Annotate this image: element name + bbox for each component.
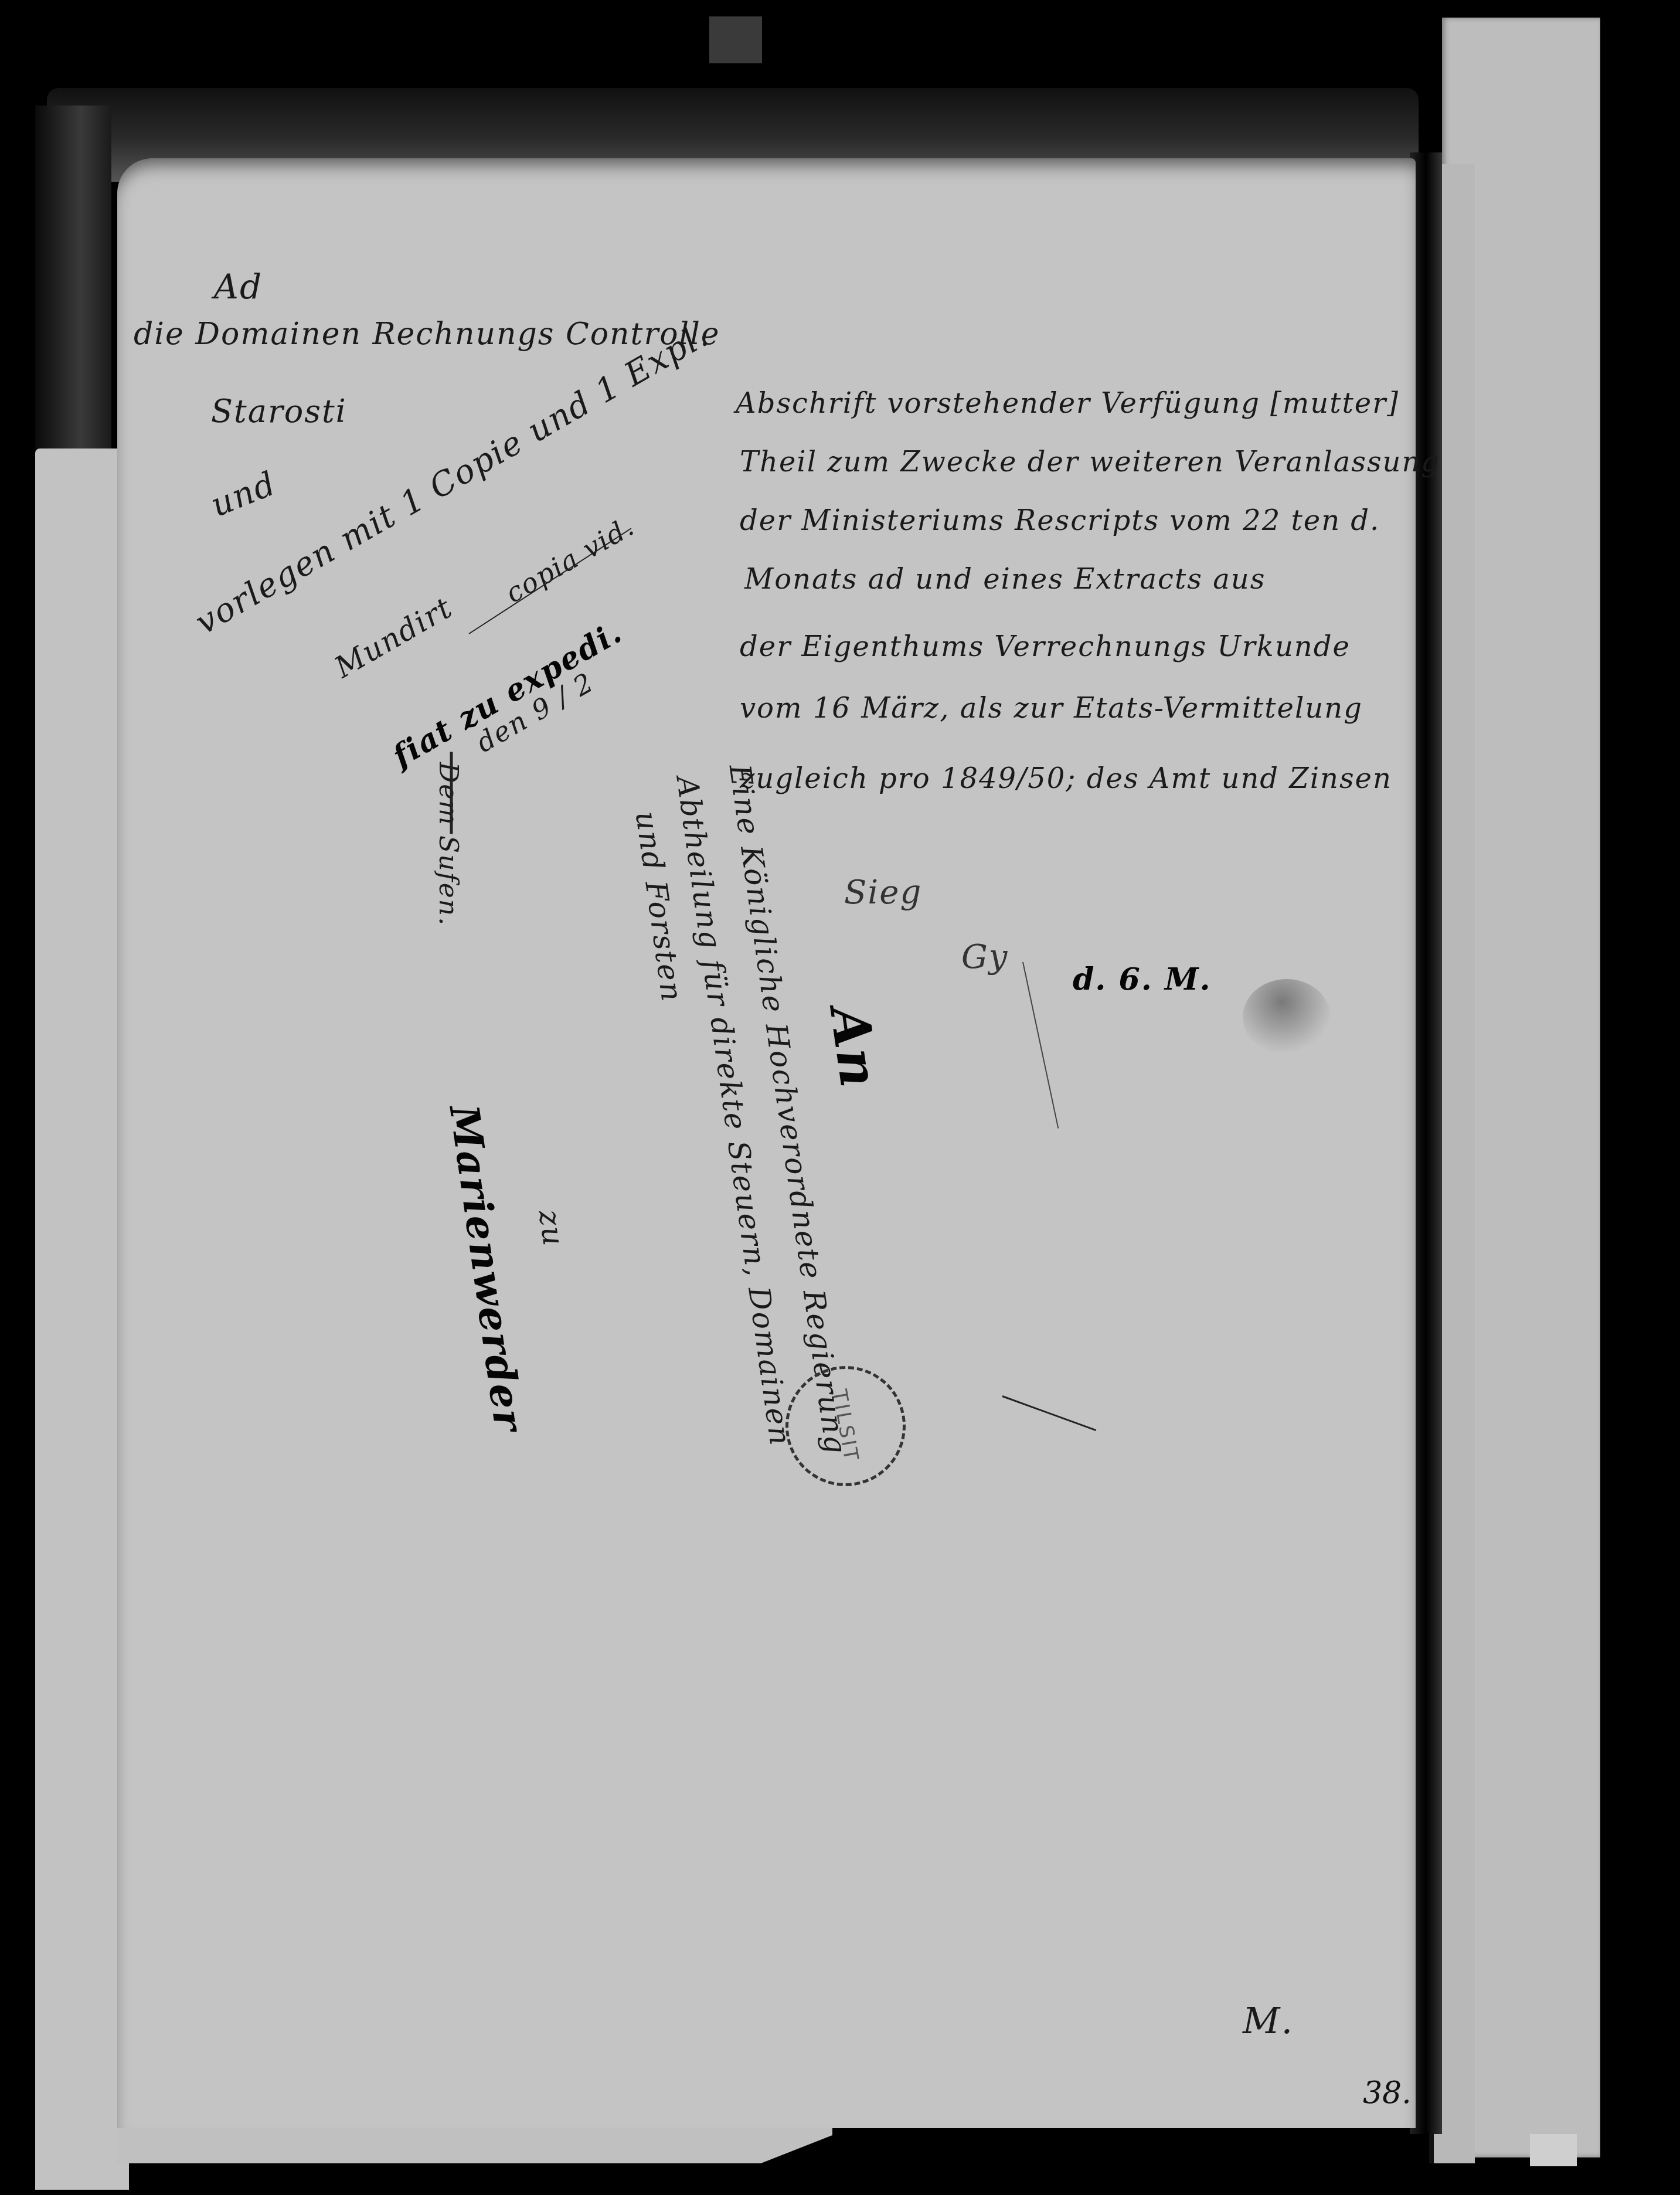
initials-sieg: Sieg [844,874,922,912]
clerk-note: Dem Sufen. [433,762,463,926]
body-line-1: Abschrift vorstehender Verfügung [mutter… [736,387,1399,420]
page-fold-flap [35,448,129,2190]
bottom-initials: M. [1243,1999,1294,2042]
ink-smudge [1243,979,1331,1055]
body-line-2: Theil zum Zwecke der weiteren Veranlassu… [740,446,1440,478]
folio-number: 38. [1363,2075,1412,2111]
date-mark: d. 6. M. [1073,961,1212,997]
place-name: Starosti [211,393,347,430]
binding-left-edge [35,106,111,457]
postmark-text: TILSIT [828,1388,863,1465]
body-line-4: Monats ad und eines Extracts aus [744,563,1266,596]
body-line-5: der Eigenthums Verrechnungs Urkunde [740,630,1351,663]
initials-gy: Gy [961,938,1008,976]
address-salutation: An [818,1003,890,1092]
page-bottom-edge [117,2128,832,2163]
address-line: die Domainen Rechnungs Controlle [134,317,720,352]
address-zu: zu [532,1208,571,1249]
body-line-7: zugleich pro 1849/50; des Amt und Zinsen [740,762,1392,795]
clerk-underline [450,752,453,834]
body-line-6: vom 16 März, als zur Etats-Vermittelung [740,692,1363,725]
adjacent-leaf-tab [1530,2134,1577,2166]
ad-mark: Ad [214,267,263,307]
body-line-3: der Ministeriums Rescripts vom 22 ten d. [740,504,1380,537]
binding-tab [709,16,762,63]
